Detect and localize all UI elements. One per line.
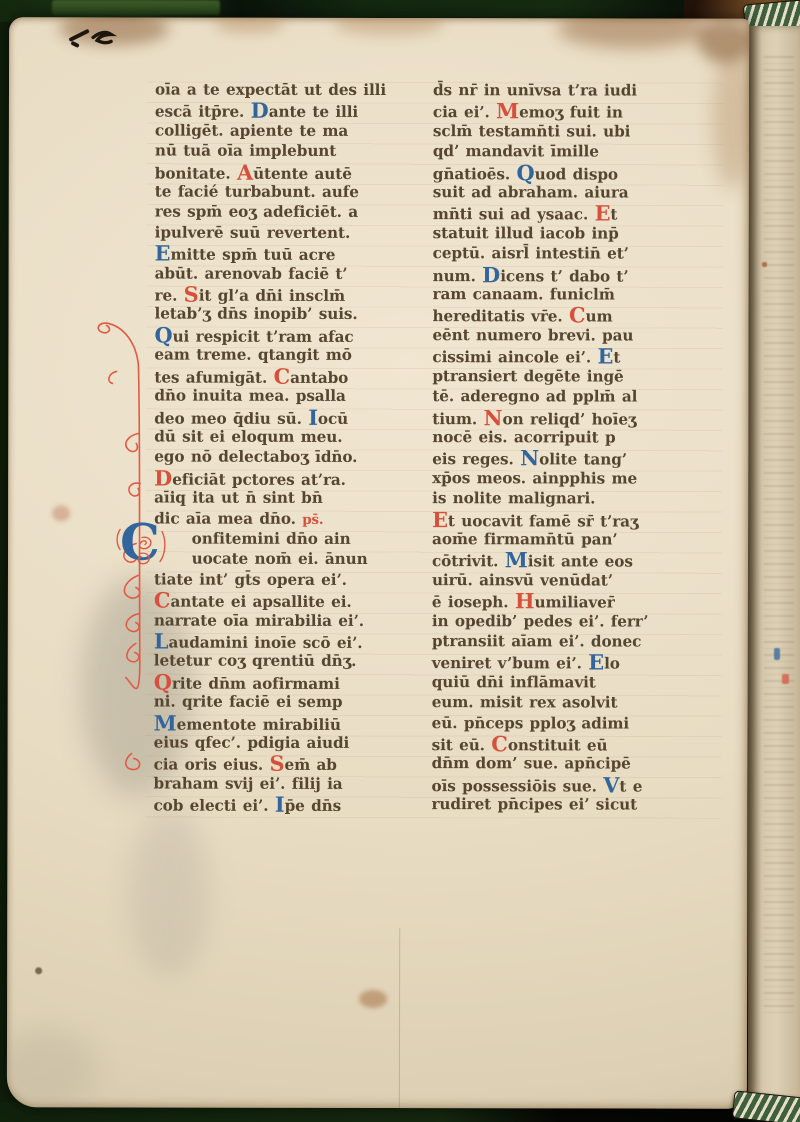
text-segment: audamini inoīe scō ei’. xyxy=(168,634,362,652)
text-segment: ante te illi xyxy=(269,103,358,121)
rubricated-initial: E xyxy=(595,201,611,226)
text-line: sclm̄ testamn̄ti sui. ubi xyxy=(433,121,714,142)
text-segment: tium. xyxy=(432,410,483,428)
rubricated-initial: E xyxy=(155,241,171,266)
text-segment: sit eū. xyxy=(432,736,492,754)
text-segment: t e xyxy=(619,777,642,795)
rubricated-initial: L xyxy=(154,628,169,653)
text-line: dū sit ei eloqum meu. xyxy=(154,426,429,447)
text-segment: narrate oīa mirabilia ei’. xyxy=(154,611,364,629)
text-segment: xp̄os meos. ainpphis me xyxy=(432,469,637,487)
text-segment: eius qfec’. pdigia aiudi xyxy=(154,734,350,752)
text-segment: in opedib’ pedes ei’. ferr’ xyxy=(432,612,649,630)
rubricated-initial: E xyxy=(597,344,613,369)
text-line: uocate nom̄ ei. ānun xyxy=(154,549,429,570)
text-segment: letab’ʒ dn̄s inopib’ suis. xyxy=(155,305,358,323)
text-segment: ūtente autē xyxy=(253,164,352,182)
text-line: dn̄o inuita mea. psalla xyxy=(154,386,429,407)
stain xyxy=(557,17,707,48)
rubricated-initial: C xyxy=(491,731,508,756)
text-line: quiū dn̄i inflāmavit xyxy=(432,672,713,693)
text-line: nū tuā oīa implebunt xyxy=(155,141,430,162)
text-segment: mitte spm̄ tuū acre xyxy=(170,246,335,264)
fore-edge-next-leaf xyxy=(748,26,800,1104)
text-line: ē ioseph. Humiliaver̄ xyxy=(432,590,713,611)
text-segment: veniret v’bum ei’. xyxy=(432,654,588,672)
text-segment: rudiret pn̄cipes ei’ sicut xyxy=(431,795,637,813)
text-line: res spm̄ eoʒ adeficiēt. a xyxy=(155,202,430,223)
rubricated-initial: I xyxy=(275,792,285,817)
text-line: is nolite malignari. xyxy=(432,488,713,509)
text-segment: antabo xyxy=(290,369,348,387)
text-line: cob electi ei’. Ip̄e dn̄s xyxy=(153,794,428,815)
rubricated-initial: M xyxy=(496,99,519,124)
text-segment: aom̄e firmamn̄tū pan’ xyxy=(432,530,618,548)
text-segment: oīs possessiōis sue. xyxy=(432,777,604,795)
text-segment: ceptū. aisrl̄ intestin̄ et’ xyxy=(433,244,629,262)
text-segment: t uocavit famē sr̄ t’raʒ xyxy=(448,512,639,530)
text-line: dic aīa mea dn̄o. ps̄. xyxy=(154,508,429,529)
text-line: hereditatis vr̄e. Cum xyxy=(432,305,713,326)
text-segment: icens t’ dabo t’ xyxy=(500,267,628,285)
text-line: nocē eis. acorripuit p xyxy=(432,427,713,448)
text-line: veniret v’bum ei’. Elo xyxy=(432,651,713,672)
text-line: ego nō delectaboʒ īdn̄o. xyxy=(154,447,429,468)
text-segment: onstituit eū xyxy=(508,736,608,754)
text-segment: umiliaver̄ xyxy=(535,593,615,611)
text-segment: ni. qrite faciē ei semp xyxy=(154,693,343,711)
text-segment: dic aīa mea dn̄o. xyxy=(154,509,302,527)
fore-edge-red-fragment xyxy=(782,674,789,684)
text-segment: dn̄o inuita mea. psalla xyxy=(154,387,345,405)
text-segment: uocate nom̄ ei. ānun xyxy=(192,550,368,568)
text-line: oīs possessiōis sue. Vt e xyxy=(432,774,713,795)
text-segment: ementote mirabiliū xyxy=(177,715,341,733)
text-segment: t xyxy=(613,349,620,367)
text-line: letab’ʒ dn̄s inopib’ suis. xyxy=(154,304,429,325)
text-line: eius qfec’. pdigia aiudi xyxy=(154,733,429,754)
stain xyxy=(334,17,444,36)
rubricated-initial: V xyxy=(603,772,619,797)
text-segment: nocē eis. acorripuit p xyxy=(432,428,615,446)
text-line: colligēt. apiente te ma xyxy=(155,120,430,141)
text-segment: suit ad abraham. aiura xyxy=(433,183,629,201)
text-line: braham svij ei’. filij ia xyxy=(154,773,429,794)
text-line: gn̄atioēs. Quod dispo xyxy=(433,162,714,183)
rubricated-initial: E xyxy=(588,650,604,675)
text-segment: it gl’a dn̄i insclm̄ xyxy=(199,287,345,305)
text-line: statuit illud iacob inp̄ xyxy=(433,223,714,244)
text-segment: eū. pn̄ceps pploʒ adimi xyxy=(432,714,629,732)
text-segment: aīiq ita ut n̄ sint bn̄ xyxy=(154,489,323,507)
text-line: xp̄os meos. ainpphis me xyxy=(432,468,713,489)
rubricated-initial: D xyxy=(154,465,172,490)
text-line: num. Dicens t’ dabo t’ xyxy=(433,264,714,285)
text-line: ptransiit aīam ei’. donec xyxy=(432,631,713,652)
text-segment: bonitate. xyxy=(155,164,237,182)
text-segment: emoʒ fuit in xyxy=(519,104,623,122)
text-segment: nū tuā oīa implebunt xyxy=(155,142,336,160)
text-segment: ipulverē suū revertent. xyxy=(155,223,351,241)
rubricated-initial: M xyxy=(154,710,177,735)
text-segment: cōtrivit. xyxy=(432,552,505,570)
fore-edge-blue-fragment xyxy=(774,648,780,660)
text-segment: qd’ mandavit īmille xyxy=(433,142,599,160)
text-segment: mn̄ti sui ad ysaac. xyxy=(433,206,595,224)
text-segment: ocū xyxy=(318,409,348,427)
text-segment: on reliqd’ hoīeʒ xyxy=(503,410,637,428)
text-segment: rite dn̄m aofirmami xyxy=(172,674,340,692)
text-segment: eficiāt pctores at’ra. xyxy=(172,470,346,488)
ink-speck xyxy=(35,967,42,974)
smudge xyxy=(129,807,209,977)
rubricated-initial: I xyxy=(308,404,318,429)
text-line: rudiret pn̄cipes ei’ sicut xyxy=(431,794,712,815)
text-line: cia ei’. Memoʒ fuit in xyxy=(433,101,714,122)
text-line: escā itp̄re. Dante te illi xyxy=(155,100,430,121)
smudge xyxy=(7,1027,97,1107)
text-segment: ptransiit aīam ei’. donec xyxy=(432,632,642,650)
rubricated-initial: S xyxy=(269,751,284,776)
text-line: ni. qrite faciē ei semp xyxy=(154,692,429,713)
text-line: aīiq ita ut n̄ sint bn̄ xyxy=(154,488,429,509)
crease xyxy=(399,928,400,1108)
text-line: oīa a te expectāt ut des illi xyxy=(155,80,430,101)
stain xyxy=(214,17,284,34)
text-segment: quiū dn̄i inflāmavit xyxy=(432,673,596,691)
text-segment: um xyxy=(585,308,612,326)
text-line: in opedib’ pedes ei’. ferr’ xyxy=(432,611,713,632)
text-line: eum. misit rex asolvit xyxy=(432,692,713,713)
text-segment: tes afumigāt. xyxy=(154,368,273,386)
text-line: sit eū. Constituit eū xyxy=(432,733,713,754)
text-segment: eam treme. qtangit mō xyxy=(154,346,351,364)
text-segment: dn̄m dom’ sue. apn̄cipē xyxy=(432,755,631,773)
text-line: d̄s nr̄ in unīvsa t’ra iudi xyxy=(433,80,714,101)
text-segment: uirū. ainsvū venūdat’ xyxy=(432,571,613,589)
rubricated-initial: Q xyxy=(154,669,172,694)
text-segment: re. xyxy=(155,287,184,305)
stain xyxy=(359,990,387,1008)
rubricated-initial: M xyxy=(505,548,528,573)
text-segment: num. xyxy=(433,267,483,285)
text-segment: oīa a te expectāt ut des illi xyxy=(155,81,386,99)
text-line: qd’ mandavit īmille xyxy=(433,141,714,162)
text-segment: onfitemini dn̄o ain xyxy=(192,530,351,548)
text-line: Mementote mirabiliū xyxy=(154,712,429,733)
rubricated-initial: Q xyxy=(516,160,534,185)
text-line: deo meo q̄diu sū. Iocū xyxy=(154,406,429,427)
text-line: eam treme. qtangit mō xyxy=(154,345,429,366)
text-line: eū. pn̄ceps pploʒ adimi xyxy=(432,713,713,734)
text-segment: escā itp̄re. xyxy=(155,103,251,121)
stain xyxy=(52,505,70,521)
text-segment: eis reges. xyxy=(432,450,520,468)
rubricated-initial: H xyxy=(515,588,535,613)
text-line: tiate int’ gt̄s opera ei’. xyxy=(154,569,429,590)
rubricated-initial: E xyxy=(432,507,448,532)
text-line: ipulverē suū revertent. xyxy=(155,222,430,243)
text-segment: lo xyxy=(604,655,620,673)
text-segment: eum. misit rex asolvit xyxy=(432,693,618,711)
rubricated-initial: N xyxy=(484,405,503,430)
text-segment: deo meo q̄diu sū. xyxy=(154,409,308,427)
fore-edge-stain-dot xyxy=(762,262,767,267)
text-segment: statuit illud iacob inp̄ xyxy=(433,224,619,242)
text-column-left: oīa a te expectāt ut des illiescā itp̄re… xyxy=(153,80,430,815)
text-line: narrate oīa mirabilia ei’. xyxy=(154,610,429,631)
text-line: ceptū. aisrl̄ intestin̄ et’ xyxy=(433,243,714,264)
text-line: cia oris eius. Sem̄ ab xyxy=(154,753,429,774)
bound-manuscript-photo: C oīa a te expectāt ut des illiescā itp̄… xyxy=(0,0,800,1122)
rubricated-initial: D xyxy=(251,98,269,123)
text-segment: ram canaam. funiclm̄ xyxy=(433,285,615,303)
text-line: tium. Non reliqd’ hoīeʒ xyxy=(432,407,713,428)
rubricated-initial: C xyxy=(569,303,586,328)
text-line: onfitemini dn̄o ain xyxy=(154,528,429,549)
text-line: Cantate ei apsallite ei. xyxy=(154,590,429,611)
text-line: Qui respicit t’ram afac xyxy=(154,324,429,345)
text-segment: res spm̄ eoʒ adeficiēt. a xyxy=(155,203,358,221)
text-segment: te facié turbabunt. aufe xyxy=(155,183,359,201)
text-line: mn̄ti sui ad ysaac. Et xyxy=(433,203,714,224)
text-segment: p̄e dn̄s xyxy=(285,797,342,815)
text-segment: tiate int’ gt̄s opera ei’. xyxy=(154,570,347,588)
text-segment: isit ante eos xyxy=(528,553,633,571)
text-line: letetur coʒ qrentiū dn̄ʒ. xyxy=(154,651,429,672)
text-segment: antate ei apsallite ei. xyxy=(170,593,351,611)
text-segment: uod dispo xyxy=(535,165,618,183)
text-segment: colligēt. apiente te ma xyxy=(155,121,348,139)
text-line: ptransiert degēte ingē xyxy=(432,366,713,387)
rubricated-initial: C xyxy=(154,588,171,613)
text-segment: braham svij ei’. filij ia xyxy=(154,774,343,792)
text-line: aom̄e firmamn̄tū pan’ xyxy=(432,529,713,550)
rubricated-initial: A xyxy=(237,159,253,184)
text-line: Qrite dn̄m aofirmami xyxy=(154,671,429,692)
text-line: bonitate. Aūtente autē xyxy=(155,161,430,182)
text-line: uirū. ainsvū venūdat’ xyxy=(432,570,713,591)
rubricated-initial: N xyxy=(520,446,539,471)
text-line: tes afumigāt. Cantabo xyxy=(154,365,429,386)
text-line: dn̄m dom’ sue. apn̄cipē xyxy=(432,754,713,775)
text-segment: em̄ ab xyxy=(285,756,337,774)
binding-cloth xyxy=(52,0,220,15)
rubricated-initial: Q xyxy=(154,322,172,347)
text-line: tē. aderegno ad pplm̄ al xyxy=(432,386,713,407)
text-segment: t xyxy=(610,206,617,224)
text-segment: ps̄. xyxy=(302,511,323,527)
pen-trial-mark xyxy=(67,23,123,57)
text-segment: gn̄atioēs. xyxy=(433,165,517,183)
text-line: cissimi aincole ei’. Et xyxy=(432,345,713,366)
text-segment: ego nō delectaboʒ īdn̄o. xyxy=(154,448,357,466)
text-segment: ui respicit t’ram afac xyxy=(173,327,354,345)
text-segment: cia oris eius. xyxy=(154,756,270,774)
text-line: Emitte spm̄ tuū acre xyxy=(155,243,430,264)
text-segment: cob electi ei’. xyxy=(153,797,274,815)
text-segment: tē. aderegno ad pplm̄ al xyxy=(432,387,637,405)
text-line: Laudamini inoīe scō ei’. xyxy=(154,630,429,651)
text-segment: d̄s nr̄ in unīvsa t’ra iudi xyxy=(433,81,637,99)
text-segment: eēnt numero brevi. pau xyxy=(432,326,633,344)
text-segment: letetur coʒ qrentiū dn̄ʒ. xyxy=(154,652,357,670)
text-line: suit ad abraham. aiura xyxy=(433,182,714,203)
text-column-right: d̄s nr̄ in unīvsa t’ra iudicia ei’. Memo… xyxy=(431,80,714,815)
text-segment: abūt. arenovab faciē t’ xyxy=(155,264,348,282)
text-segment: cissimi aincole ei’. xyxy=(432,348,597,366)
text-line: Deficiāt pctores at’ra. xyxy=(154,467,429,488)
text-segment: ē ioseph. xyxy=(432,593,515,611)
text-segment: olite tang’ xyxy=(539,451,627,469)
manuscript-page: C oīa a te expectāt ut des illiescā itp̄… xyxy=(7,17,749,1109)
text-segment: sclm̄ testamn̄ti sui. ubi xyxy=(433,122,631,140)
text-line: Et uocavit famē sr̄ t’raʒ xyxy=(432,509,713,530)
text-segment: ptransiert degēte ingē xyxy=(432,367,623,385)
rubricated-initial: D xyxy=(482,262,500,287)
text-segment: hereditatis vr̄e. xyxy=(432,308,568,326)
text-line: te facié turbabunt. aufe xyxy=(155,182,430,203)
rubricated-initial: S xyxy=(184,282,199,307)
bleed-through-text xyxy=(764,56,794,1016)
text-segment: cia ei’. xyxy=(433,104,496,122)
text-segment: dū sit ei eloqum meu. xyxy=(154,427,342,445)
text-line: re. Sit gl’a dn̄i insclm̄ xyxy=(155,284,430,305)
text-line: cōtrivit. Misit ante eos xyxy=(432,549,713,570)
text-line: eēnt numero brevi. pau xyxy=(432,325,713,346)
rubricated-initial: C xyxy=(274,363,291,388)
text-segment: is nolite malignari. xyxy=(432,489,595,507)
text-line: eis reges. Nolite tang’ xyxy=(432,447,713,468)
